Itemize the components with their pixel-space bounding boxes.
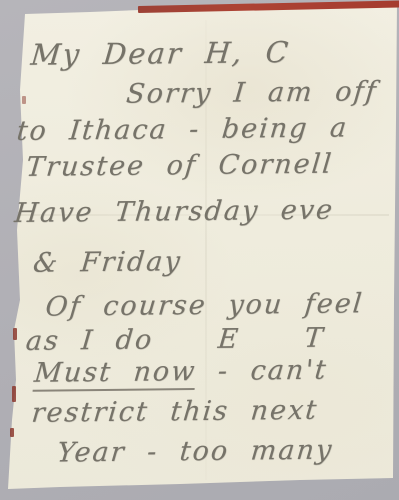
handwriting: My Dear H, C Sorry I am off to Ithaca - …	[0, 0, 399, 500]
line-text: Have Thursday eve	[13, 195, 335, 229]
line-text: My Dear H, C	[29, 35, 291, 72]
line-text: Sorry I am off	[125, 76, 379, 110]
letter-line: & Friday	[32, 246, 183, 279]
line-text: & Friday	[32, 246, 183, 279]
letter-line: Sorry I am off	[125, 76, 379, 110]
scanned-letter: My Dear H, C Sorry I am off to Ithaca - …	[0, 0, 399, 500]
letter-line: restrict this next	[30, 395, 319, 429]
letter-line: as I do E T	[24, 323, 325, 357]
line-text: as I do E T	[24, 323, 325, 357]
line-text: Trustee of Cornell	[25, 149, 335, 183]
letter-line: Have Thursday eve	[13, 195, 335, 229]
underlined-phrase: Must now	[33, 356, 198, 392]
line-text: Of course you feel	[44, 288, 365, 322]
line-text: restrict this next	[30, 395, 319, 429]
letter-line: Must now - can't	[33, 355, 329, 389]
line-text: to Ithaca - being a	[15, 112, 349, 147]
letter-line: to Ithaca - being a	[15, 112, 349, 147]
letter-line: Year - too many	[56, 435, 335, 469]
letter-salutation: My Dear H, C	[29, 35, 291, 72]
letter-line: Of course you feel	[44, 288, 365, 322]
letter-line: Trustee of Cornell	[25, 149, 335, 183]
line-text: - can't	[195, 355, 329, 387]
line-text: Year - too many	[56, 435, 335, 469]
